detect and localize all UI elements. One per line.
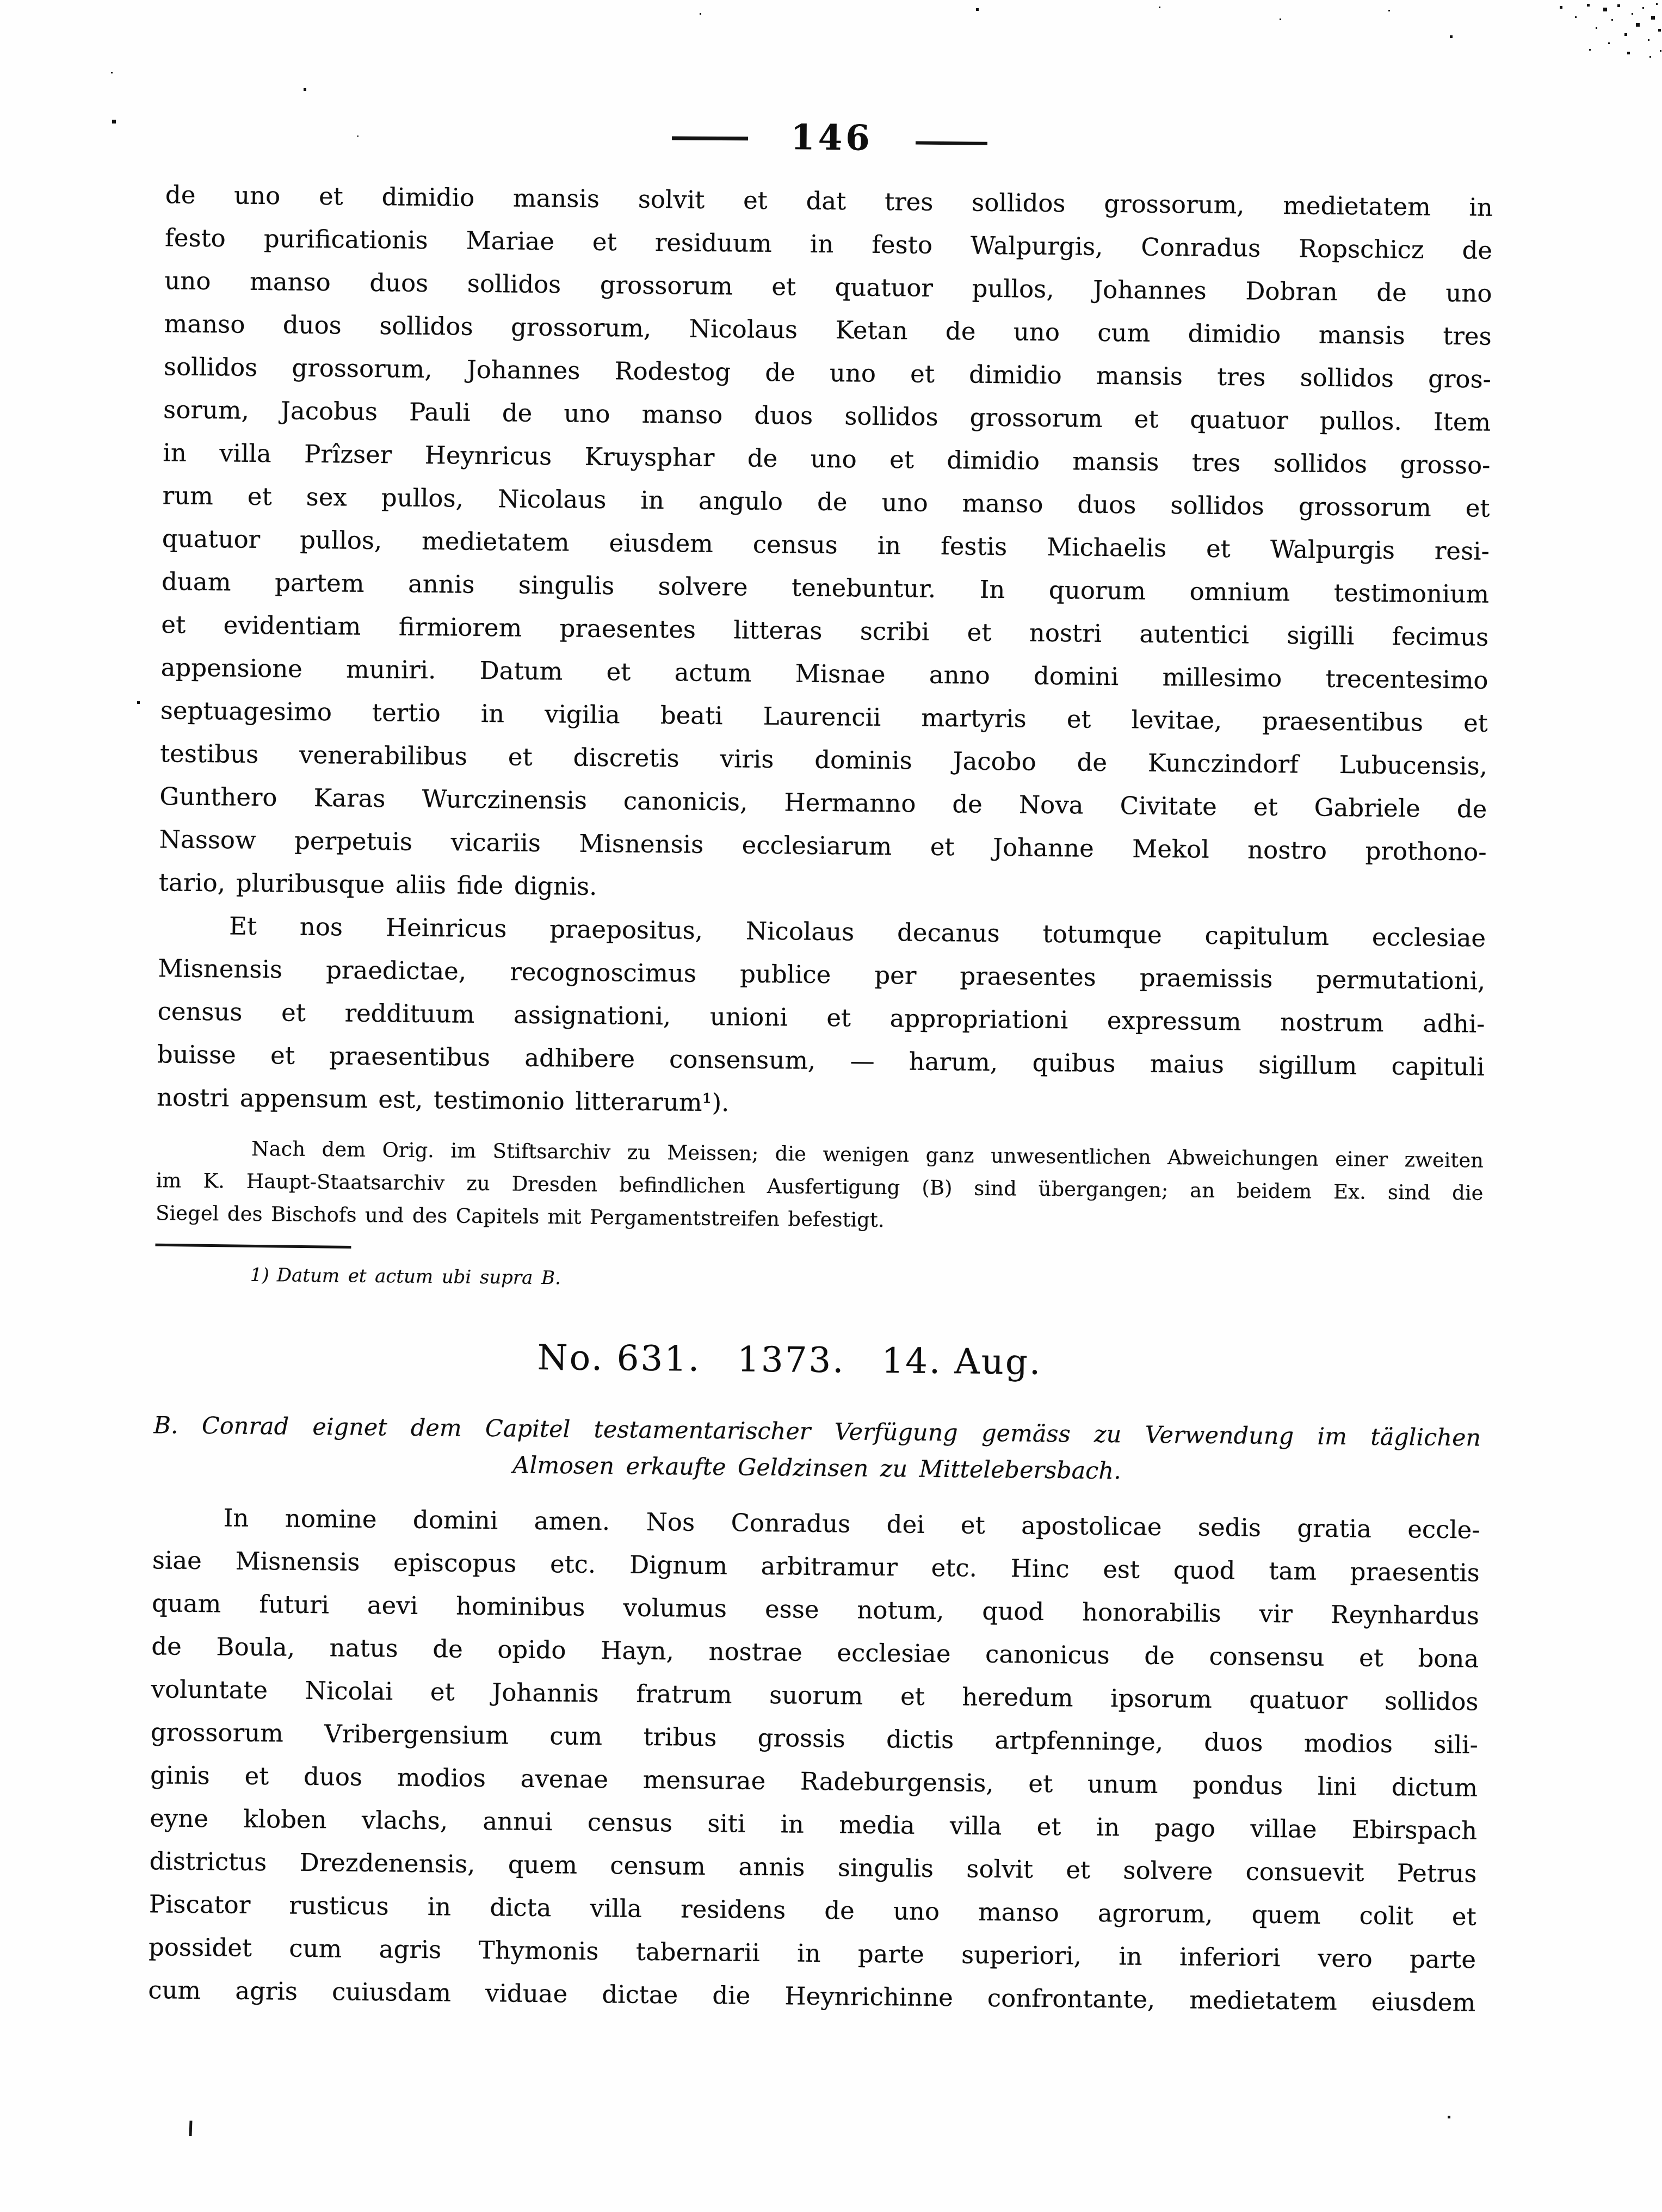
page-number: 146	[790, 118, 873, 158]
page-header: 146	[166, 112, 1494, 164]
header-rule-right	[916, 141, 987, 145]
scanned-book-page: 146 de uno et dimidio mansis solvit et d…	[0, 0, 1662, 2212]
document-631-regest: B. Conrad eignet dem Capitel testamentar…	[153, 1407, 1481, 1493]
document-630-source-note: Nach dem Orig. im Stiftsarchiv zu Meisse…	[156, 1132, 1484, 1242]
document-630-body: de uno et dimidio mansis solvit et dat t…	[157, 173, 1493, 1131]
document-631-heading: No. 631. 1373. 14. Aug.	[126, 1331, 1454, 1389]
footnote-text: Datum et actum ubi supra B.	[277, 1264, 561, 1289]
footnote-marker: 1)	[250, 1264, 269, 1286]
document-630-continuation-paragraph: de uno et dimidio mansis solvit et dat t…	[158, 173, 1493, 916]
document-630-footnote: 1)Datum et actum ubi supra B.	[155, 1261, 1482, 1300]
document-631-paragraph: In nomine domini amen. Nos Conradus dei …	[148, 1496, 1480, 2024]
document-631-body: In nomine domini amen. Nos Conradus dei …	[148, 1496, 1480, 2024]
scan-noise-tick	[189, 2121, 193, 2136]
page-content: 146 de uno et dimidio mansis solvit et d…	[148, 0, 1494, 2024]
scan-noise-specks	[0, 0, 2, 2]
header-rule-left	[672, 136, 748, 140]
footnote-separator-rule	[155, 1244, 351, 1249]
document-630-closing-paragraph: Et nos Heinricus praepositus, Nicolaus d…	[157, 904, 1486, 1131]
